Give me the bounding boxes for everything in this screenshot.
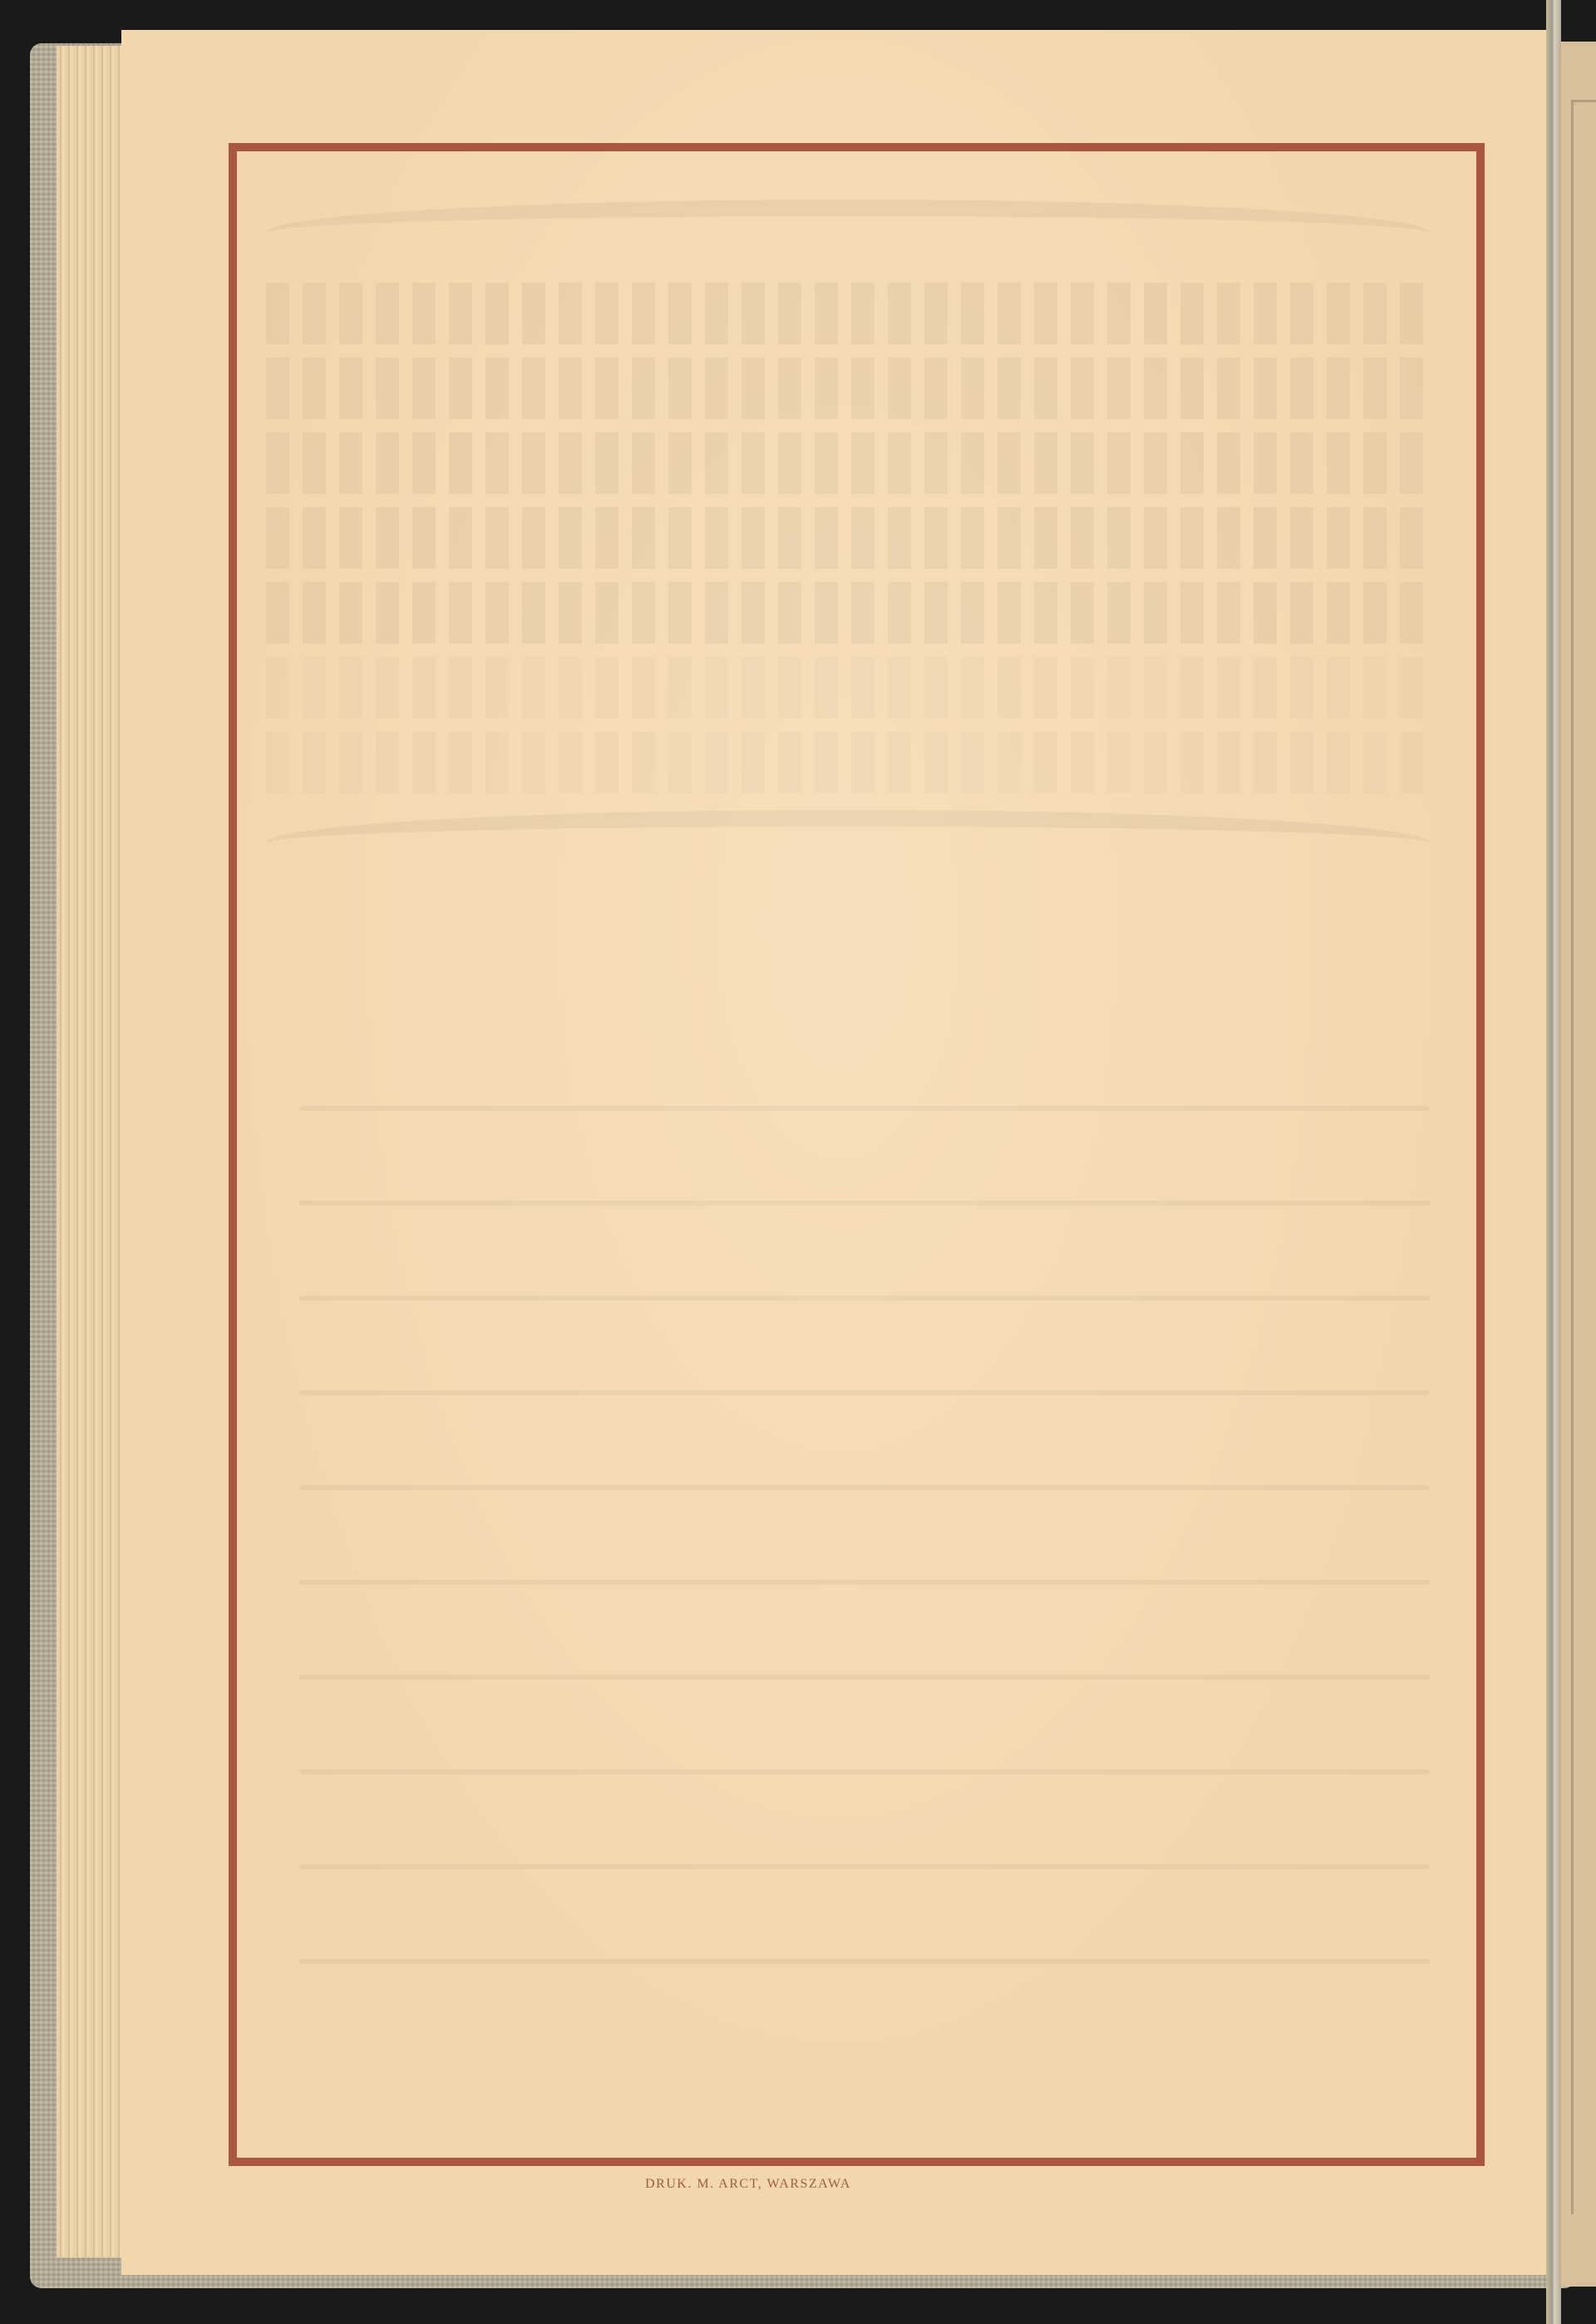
facing-page-frame: [1571, 100, 1596, 2214]
page-edges: [57, 46, 123, 2257]
page-frame-border: [229, 143, 1485, 2166]
book-gutter: [1546, 0, 1561, 2324]
facing-page-strip: [1561, 42, 1596, 2287]
printer-imprint: DRUK. M. ARCT, WARSZAWA: [0, 2177, 1596, 2192]
